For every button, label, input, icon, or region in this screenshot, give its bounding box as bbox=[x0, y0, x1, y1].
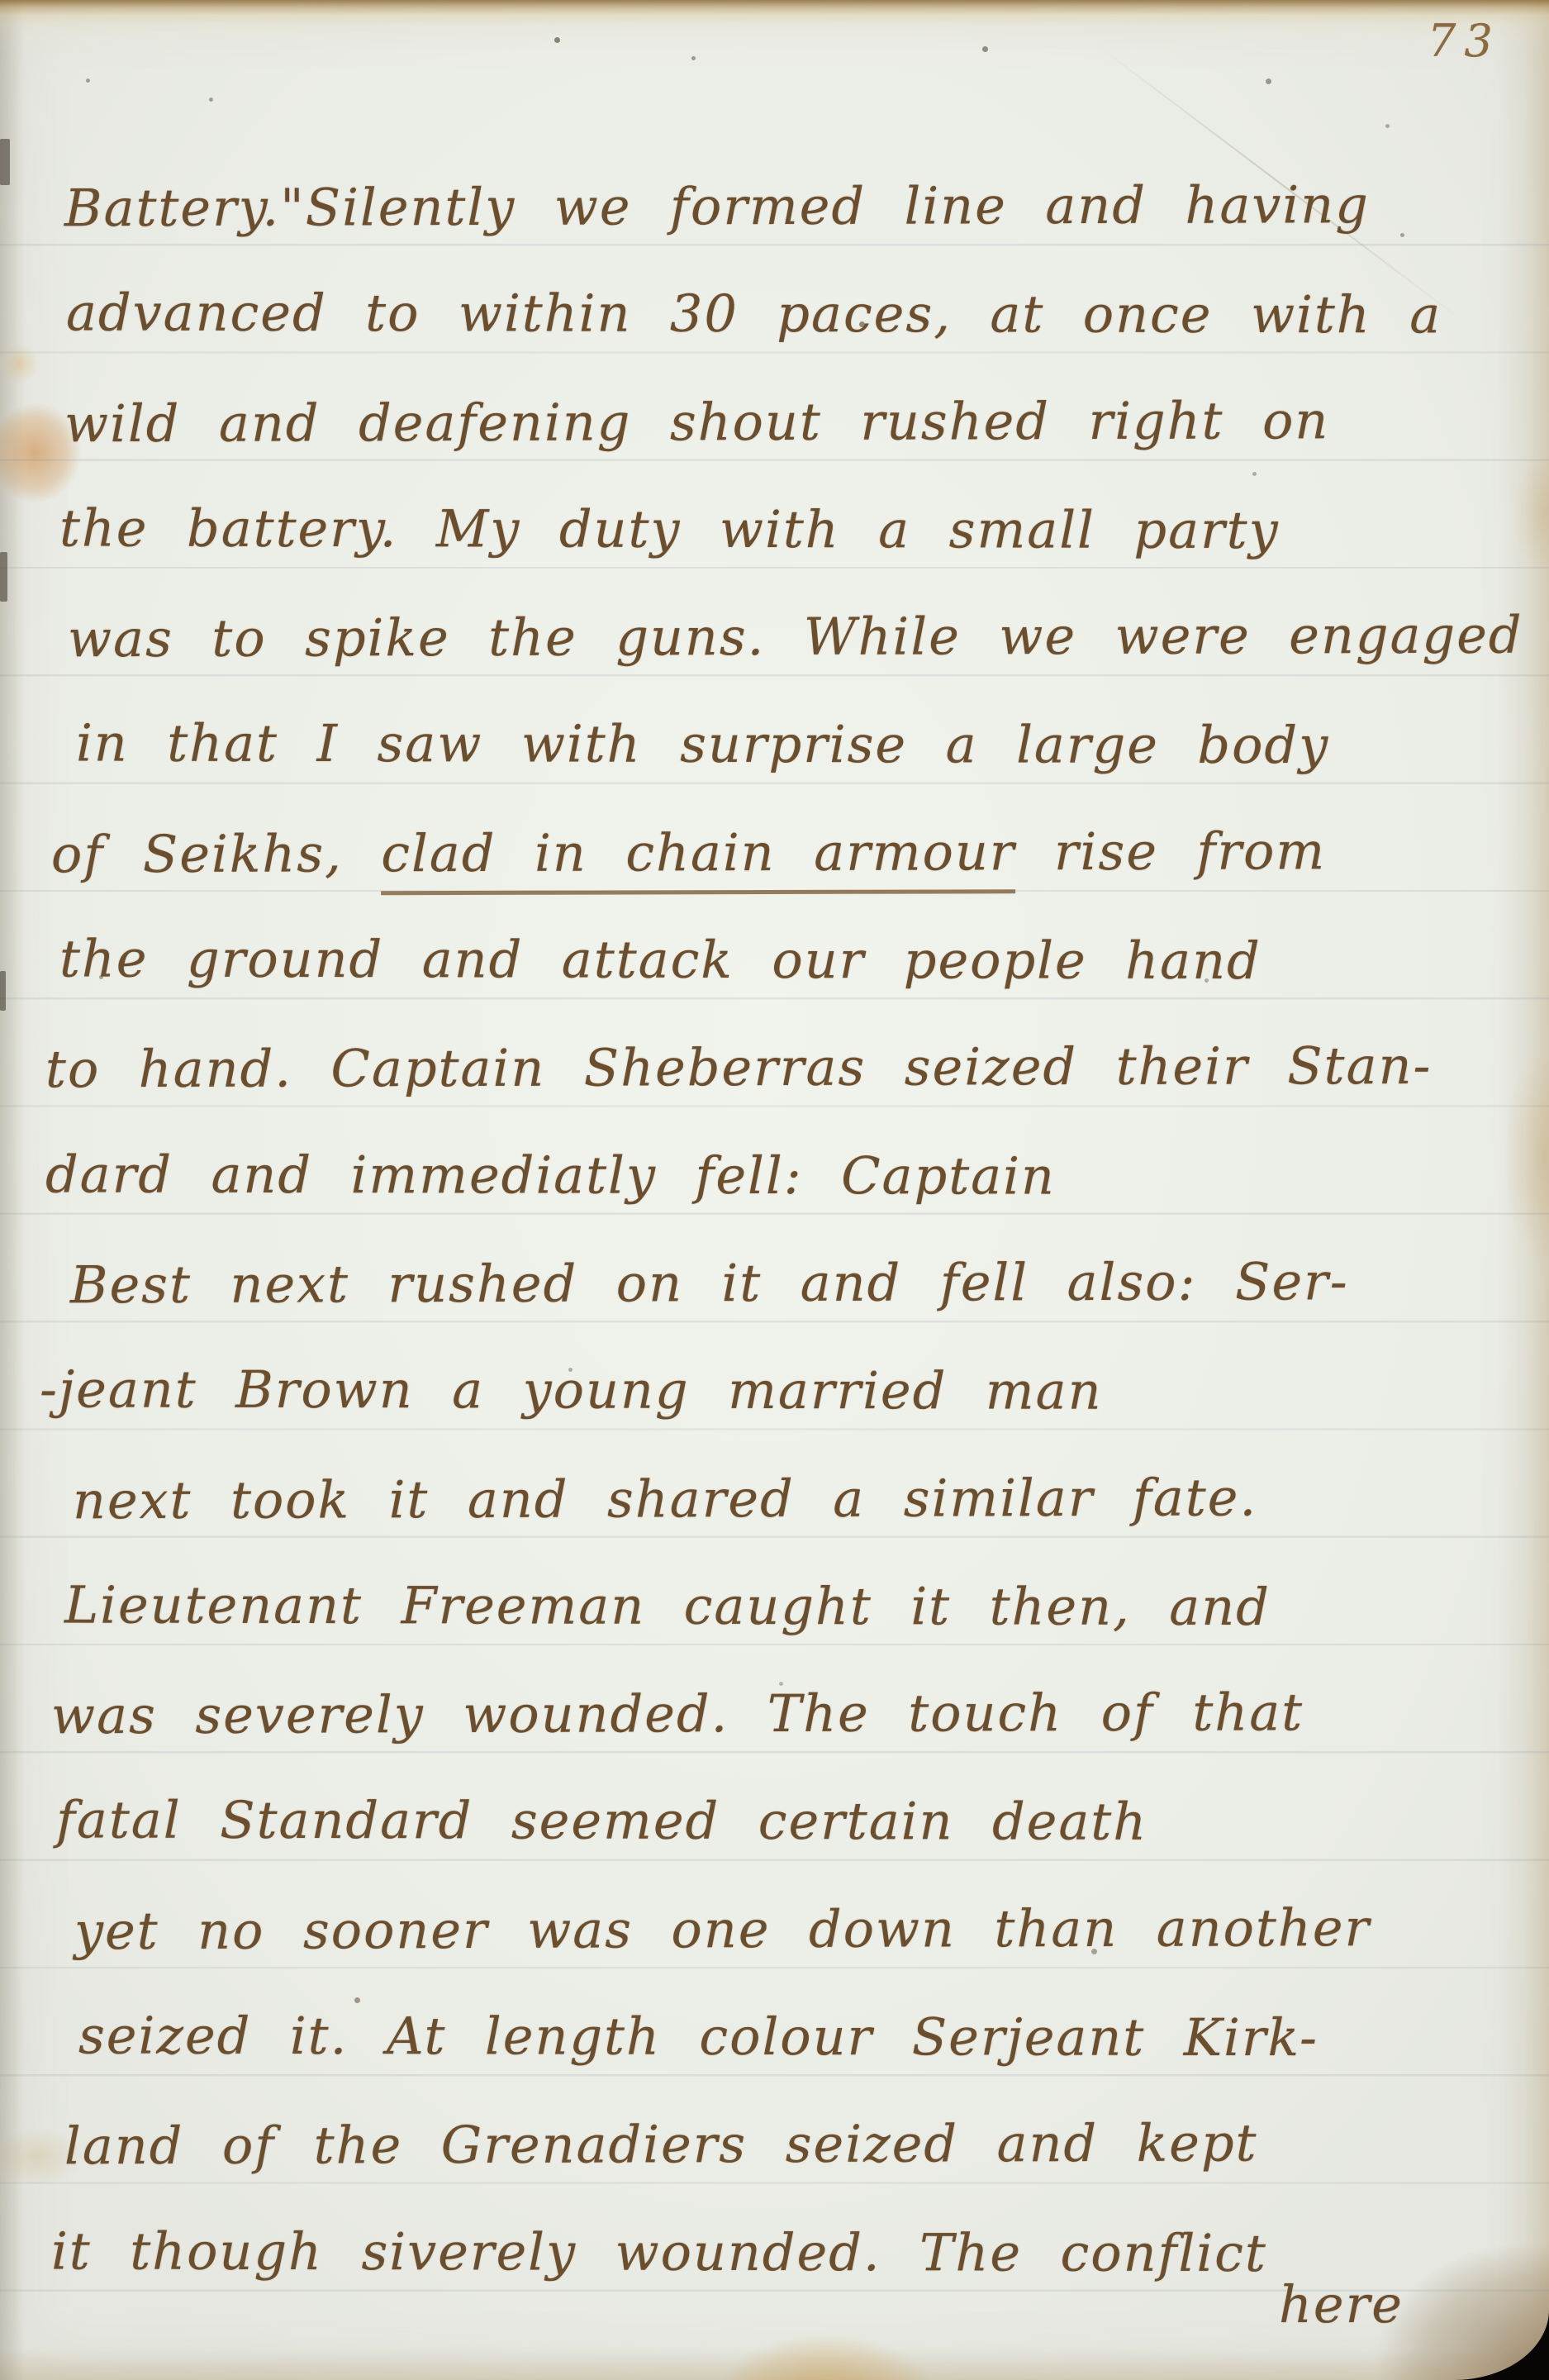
manuscript-line: Lieutenant Freeman caught it then, and bbox=[0, 1551, 1549, 1662]
manuscript-line: the battery. My duty with a small party bbox=[0, 474, 1549, 585]
manuscript-page: 73 Battery."Silently we formed line and … bbox=[0, 0, 1549, 2380]
manuscript-text: Battery."Silently we formed line and hav… bbox=[0, 153, 1549, 2306]
page-number: 73 bbox=[1428, 15, 1501, 67]
manuscript-line: wild and deafening shout rushed right on bbox=[0, 366, 1549, 478]
manuscript-line: next took it and shared a similar fate. bbox=[0, 1443, 1549, 1554]
manuscript-line: -jeant Brown a young married man bbox=[0, 1336, 1549, 1447]
ink-specks bbox=[0, 0, 4, 4]
manuscript-line: advanced to within 30 paces, at once wit… bbox=[0, 259, 1549, 370]
manuscript-line: of Seikhs, clad in chain armour rise fro… bbox=[0, 797, 1549, 908]
manuscript-line: fatal Standard seemed certain death bbox=[0, 1767, 1549, 1878]
manuscript-line: in that I saw with surprise a large body bbox=[0, 690, 1549, 801]
manuscript-line: to hand. Captain Sheberras seized their … bbox=[0, 1012, 1549, 1124]
manuscript-line: the ground and attack our people hand bbox=[0, 905, 1549, 1016]
manuscript-line: seized it. At length colour Serjeant Kir… bbox=[0, 1982, 1549, 2092]
line-segment: rise from bbox=[1015, 821, 1326, 882]
manuscript-line: land of the Grenadiers seized and kept bbox=[0, 2089, 1549, 2201]
manuscript-line: dard and immediatly fell: Captain bbox=[0, 1121, 1549, 1231]
underlined-phrase: clad in chain armour bbox=[381, 821, 1015, 895]
catchword: here bbox=[1279, 2274, 1404, 2335]
manuscript-line: Best next rushed on it and fell also: Se… bbox=[0, 1228, 1549, 1340]
manuscript-line: Battery."Silently we formed line and hav… bbox=[0, 151, 1549, 263]
manuscript-line: was to spike the guns. While we were eng… bbox=[0, 582, 1549, 693]
manuscript-line: was severely wounded. The touch of that bbox=[0, 1659, 1549, 1770]
manuscript-line: yet no sooner was one down than another bbox=[0, 1873, 1549, 1985]
line-segment: of Seikhs, bbox=[51, 823, 382, 884]
